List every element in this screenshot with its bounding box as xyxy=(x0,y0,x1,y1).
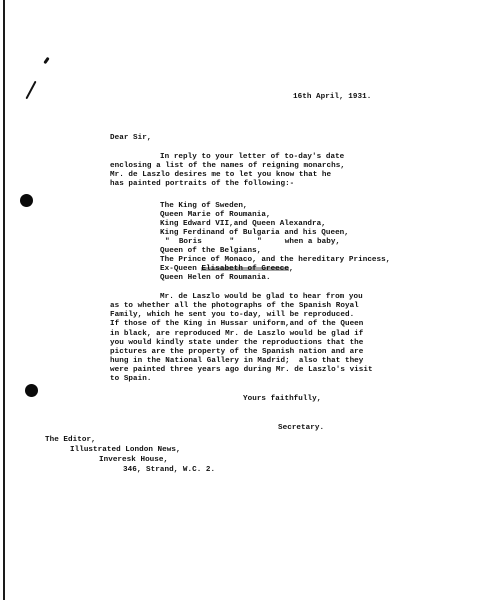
portrait-item: Queen Helen of Roumania. xyxy=(160,274,271,283)
body-line: has painted portraits of the following:- xyxy=(110,180,294,189)
body-line: hung in the National Gallery in Madrid; … xyxy=(110,357,363,366)
portrait-item-prefix: Ex-Queen xyxy=(160,265,201,273)
pen-mark xyxy=(25,81,36,100)
body-line: Family, which he sent you to-day, will b… xyxy=(110,311,354,320)
portrait-item: " Boris " " when a baby, xyxy=(165,238,340,247)
body-line: were painted three years ago during Mr. … xyxy=(110,366,373,375)
punch-hole xyxy=(25,384,38,397)
portrait-item: The Prince of Monaco, and the hereditary… xyxy=(160,256,390,265)
portrait-item-suffix: , xyxy=(289,265,294,273)
body-line: to Spain. xyxy=(110,375,151,384)
portrait-item: The King of Sweden, xyxy=(160,202,248,211)
salutation: Dear Sir, xyxy=(110,134,151,143)
portrait-item: Queen of the Belgians, xyxy=(160,247,261,256)
portrait-item: King Ferdinand of Bulgaria and his Queen… xyxy=(160,229,349,238)
punch-hole xyxy=(20,194,33,207)
portrait-item: King Edward VII,and Queen Alexandra, xyxy=(160,220,326,229)
address-line: Illustrated London News, xyxy=(70,446,181,455)
address-line: Inveresk House, xyxy=(99,456,168,465)
body-line: in black, are reproduced Mr. de Laszlo w… xyxy=(110,330,363,339)
pen-mark xyxy=(43,57,49,64)
closing: Yours faithfully, xyxy=(243,395,321,404)
address-line: The Editor, xyxy=(45,436,96,445)
page-edge-shadow xyxy=(3,0,5,600)
body-line: you would kindly state under the reprodu… xyxy=(110,339,363,348)
portrait-item: Queen Marie of Roumania, xyxy=(160,211,271,220)
letter-page: 16th April, 1931. Dear Sir, In reply to … xyxy=(0,0,481,600)
body-line: Mr. de Laszlo would be glad to hear from… xyxy=(160,293,363,302)
body-line: as to whether all the photographs of the… xyxy=(110,302,359,311)
letter-date: 16th April, 1931. xyxy=(293,93,371,102)
signature: Secretary. xyxy=(278,424,324,433)
address-line: 346, Strand, W.C. 2. xyxy=(123,466,215,475)
body-line: Mr. de Laszlo desires me to let you know… xyxy=(110,171,331,180)
overtyped-text: Elisabeth of Greece xyxy=(201,265,289,273)
body-line: enclosing a list of the names of reignin… xyxy=(110,162,345,171)
body-line: In reply to your letter of to-day's date xyxy=(160,153,344,162)
body-line: pictures are the property of the Spanish… xyxy=(110,348,363,357)
body-line: If those of the King in Hussar uniform,a… xyxy=(110,320,363,329)
portrait-item: Ex-Queen Elisabeth of Greece, xyxy=(160,265,294,274)
